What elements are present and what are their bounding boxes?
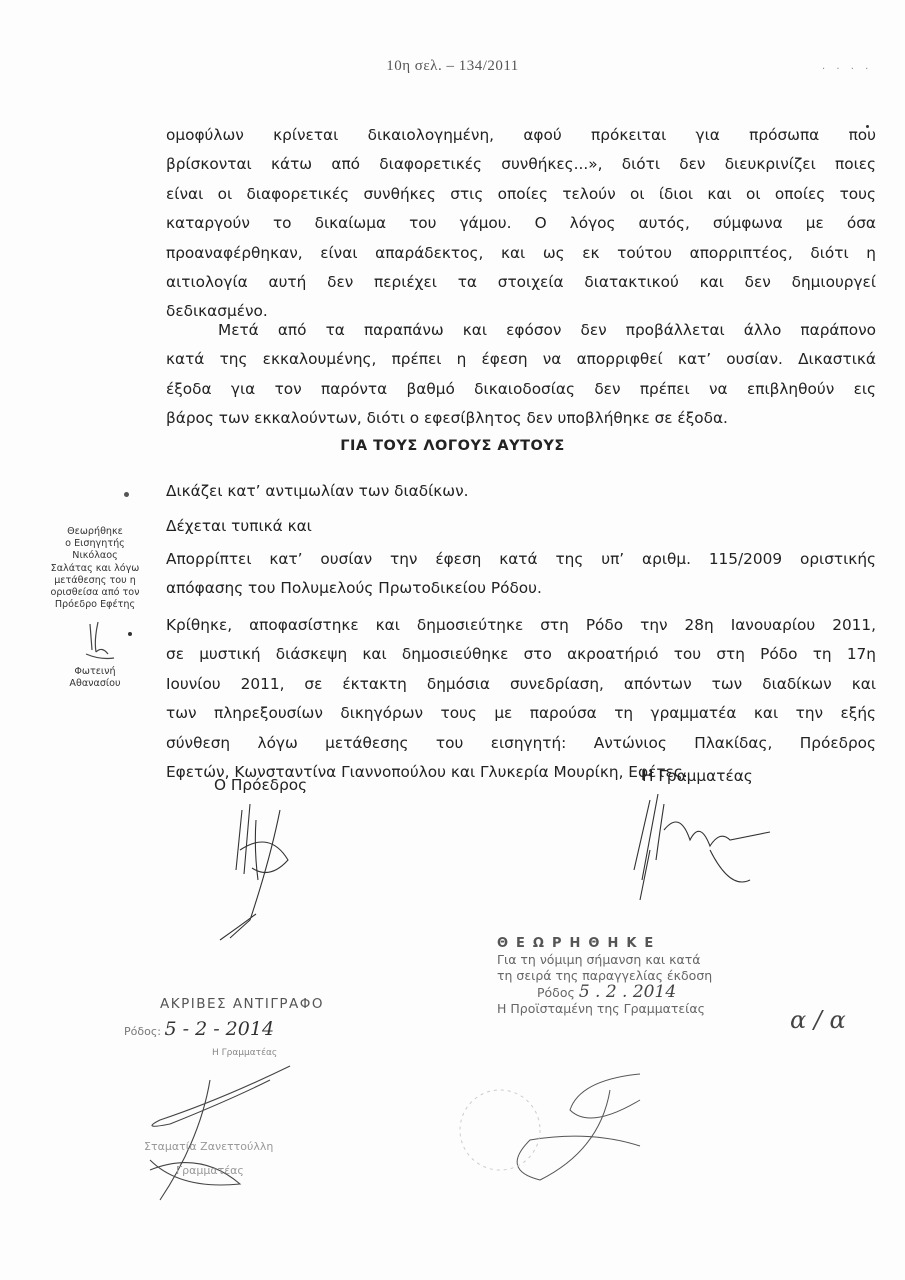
paragraph-conclusion: Μετά από τα παραπάνω και εφόσον δεν προβ… xyxy=(166,316,876,434)
copy-signer-name: Σταματία Ζανεττούλλη xyxy=(144,1140,273,1153)
document-page: 10η σελ. – 134/2011 · · · · ομοφύλων κρί… xyxy=(0,0,905,1280)
text-line: Δικάζει κατ’ αντιμωλίαν των διαδίκων. xyxy=(166,477,876,506)
text-line: σε μυστική διάσκεψη και δημοσιεύθηκε στο… xyxy=(166,640,876,669)
margin-line: ο Εισηγητής xyxy=(44,538,146,550)
secretary-signature xyxy=(620,790,800,910)
text-line: των πληρεξουσίων δικηγόρων τους με παρού… xyxy=(166,699,876,728)
faded-stamp-signature xyxy=(440,1070,680,1190)
text-line: Απορρίπτει κατ’ ουσίαν την έφεση κατά τη… xyxy=(166,545,876,574)
text-line: βρίσκονται κάτω από διαφορετικές συνθήκε… xyxy=(166,150,876,179)
reviewed-stamp: ΘΕΩΡΗΘΗΚΕ Για τη νόμιμη σήμανση και κατά… xyxy=(497,936,712,1017)
stamp-date-prefix: Ρόδος xyxy=(537,985,575,1000)
text-line: έξοδα για τον παρόντα βαθμό δικαιοδοσίας… xyxy=(166,375,876,404)
stamp-role: Η Προϊσταμένη της Γραμματείας xyxy=(497,1001,712,1017)
margin-line: ορισθείσα από τον xyxy=(44,587,146,599)
ruling-item-rejects: Απορρίπτει κατ’ ουσίαν την έφεση κατά τη… xyxy=(166,545,876,604)
page-header: 10η σελ. – 134/2011 xyxy=(0,58,905,75)
stamp-line: Για τη νόμιμη σήμανση και κατά xyxy=(497,952,712,968)
president-signature xyxy=(210,790,330,950)
ruling-item-decided: Κρίθηκε, αποφασίστηκε και δημοσιεύτηκε σ… xyxy=(166,611,876,787)
margin-line: Νικόλαος xyxy=(44,550,146,562)
text-line: κατά της εκκαλουμένης, πρέπει η έφεση να… xyxy=(166,345,876,374)
margin-line: Θεωρήθηκε xyxy=(44,526,146,538)
scan-marks: · · · · xyxy=(822,64,872,75)
margin-line: Πρόεδρο Εφέτης xyxy=(44,599,146,611)
ruling-item-adversarial: Δικάζει κατ’ αντιμωλίαν των διαδίκων. xyxy=(166,477,876,506)
text-line: Δέχεται τυπικά και xyxy=(166,512,876,541)
margin-line: Φωτεινή xyxy=(44,666,146,678)
paragraph-reasoning: ομοφύλων κρίνεται δικαιολογημένη, αφού π… xyxy=(166,121,876,327)
bullet-mark xyxy=(124,492,129,497)
copy-signature xyxy=(140,1060,340,1210)
copy-stamp-date-row: Ρόδος: 5 - 2 - 2014 xyxy=(124,1018,274,1040)
text-line: Ιουνίου 2011, σε έκτακτη δημόσια συνεδρί… xyxy=(166,670,876,699)
scan-speck xyxy=(128,632,132,636)
text-line: Μετά από τα παραπάνω και εφόσον δεν προβ… xyxy=(166,316,876,345)
text-line: ομοφύλων κρίνεται δικαιολογημένη, αφού π… xyxy=(166,121,876,150)
copy-date: 5 - 2 - 2014 xyxy=(165,1018,275,1040)
stamp-title: ΘΕΩΡΗΘΗΚΕ xyxy=(497,936,712,952)
secretary-label: Η Γραμματέας xyxy=(642,767,753,785)
text-line: Κρίθηκε, αποφασίστηκε και δημοσιεύτηκε σ… xyxy=(166,611,876,640)
text-line: είναι οι διαφορετικές συνθήκες στις οποί… xyxy=(166,180,876,209)
margin-line: Σαλάτας και λόγω xyxy=(44,563,146,575)
text-line: προαναφέρθηκαν, είναι απαράδεκτος, και ω… xyxy=(166,239,876,268)
copy-date-prefix: Ρόδος: xyxy=(124,1025,161,1038)
margin-signature xyxy=(80,620,120,666)
text-line: αιτιολογία αυτή δεν περιέχει τα στοιχεία… xyxy=(166,268,876,297)
stamp-date-row: Ρόδος 5 . 2 . 2014 xyxy=(497,984,712,1001)
copy-signer-role: Γραμματέας xyxy=(176,1164,244,1177)
margin-line: Αθανασίου xyxy=(44,678,146,690)
copy-stamp-title: ΑΚΡΙΒΕΣ ΑΝΤΙΓΡΑΦΟ xyxy=(160,996,324,1012)
margin-note-rapporteur: Θεωρήθηκε ο Εισηγητής Νικόλαος Σαλάτας κ… xyxy=(44,526,146,611)
ruling-item-accepts: Δέχεται τυπικά και xyxy=(166,512,876,541)
text-line: απόφασης του Πολυμελούς Πρωτοδικείου Ρόδ… xyxy=(166,574,876,603)
copy-stamp-role: Η Γραμματέας xyxy=(212,1048,277,1058)
text-line: καταργούν το δικαίωμα του γάμου. Ο λόγος… xyxy=(166,209,876,238)
stamp-date: 5 . 2 . 2014 xyxy=(579,982,676,1002)
ruling-heading: ΓΙΑ ΤΟΥΣ ΛΟΓΟΥΣ ΑΥΤΟΥΣ xyxy=(0,438,905,454)
handwritten-note: α / α xyxy=(790,1006,846,1034)
margin-note-name: Φωτεινή Αθανασίου xyxy=(44,666,146,690)
text-line: βάρος των εκκαλούντων, διότι ο εφεσίβλητ… xyxy=(166,404,876,433)
text-line: σύνθεση λόγω μετάθεσης του εισηγητή: Αντ… xyxy=(166,729,876,758)
margin-line: μετάθεσης του η xyxy=(44,575,146,587)
